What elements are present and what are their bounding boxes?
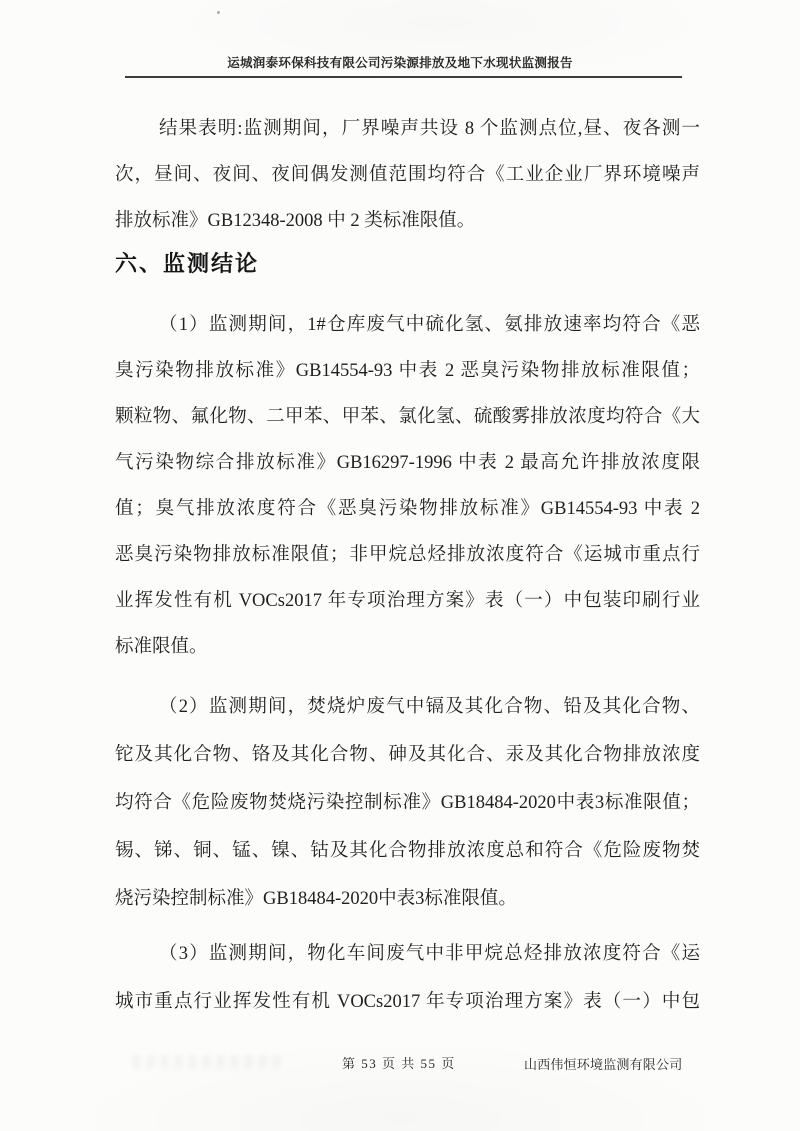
paragraph: （1）监测期间，1#仓库废气中硫化氢、氨排放速率均符合《恶臭污染物排放标准》GB… <box>115 302 700 670</box>
text-line: 标准限值。 <box>115 624 700 670</box>
document-page: 运城润泰环保科技有限公司污染源排放及地下水现状监测报告 结果表明:监测期间，厂界… <box>0 0 800 1131</box>
text-line: 铊及其化合物、铬及其化合物、砷及其化合、汞及其化合物排放浓度 <box>115 731 700 779</box>
scan-dot-artifact <box>217 11 220 14</box>
header-rule <box>125 76 682 78</box>
text-line: （3）监测期间，物化车间废气中非甲烷总烃排放浓度符合《运 <box>115 930 700 978</box>
text-line: 结果表明:监测期间，厂界噪声共设 8 个监测点位,昼、夜各测一 <box>115 106 700 152</box>
text-line: 锡、锑、铜、锰、镍、钴及其化合物排放浓度总和符合《危险废物焚 <box>115 827 700 875</box>
text-line: 次，昼间、夜间、夜间偶发测值范围均符合《工业企业厂界环境噪声 <box>115 152 700 198</box>
text-line: 值；臭气排放浓度符合《恶臭污染物排放标准》GB14554-93 中表 2 <box>115 486 700 532</box>
text-line: 恶臭污染物排放标准限值；非甲烷总烃排放浓度符合《运城市重点行 <box>115 532 700 578</box>
header-title: 运城润泰环保科技有限公司污染源排放及地下水现状监测报告 <box>0 53 800 71</box>
text-line: 烧污染控制标准》GB18484-2020中表3标准限值。 <box>115 875 700 923</box>
text-line: 臭污染物排放标准》GB14554-93 中表 2 恶臭污染物排放标准限值； <box>115 348 700 394</box>
text-line: 气污染物综合排放标准》GB16297-1996 中表 2 最高允许排放浓度限 <box>115 440 700 486</box>
text-line: 颗粒物、氟化物、二甲苯、甲苯、氯化氢、硫酸雾排放浓度均符合《大 <box>115 394 700 440</box>
paragraph: （3）监测期间，物化车间废气中非甲烷总烃排放浓度符合《运城市重点行业挥发性有机 … <box>115 930 700 1026</box>
text-line: 排放标准》GB12348-2008 中 2 类标准限值。 <box>115 198 700 244</box>
text-line: （2）监测期间，焚烧炉废气中镉及其化合物、铅及其化合物、 <box>115 683 700 731</box>
paragraph: 结果表明:监测期间，厂界噪声共设 8 个监测点位,昼、夜各测一次，昼间、夜间、夜… <box>115 106 700 244</box>
paragraph: （2）监测期间，焚烧炉废气中镉及其化合物、铅及其化合物、铊及其化合物、铬及其化合… <box>115 683 700 923</box>
text-line: 城市重点行业挥发性有机 VOCs2017 年专项治理方案》表（一）中包 <box>115 978 700 1026</box>
document-body: 结果表明:监测期间，厂界噪声共设 8 个监测点位,昼、夜各测一次，昼间、夜间、夜… <box>115 106 700 1026</box>
text-line: 业挥发性有机 VOCs2017 年专项治理方案》表（一）中包装印刷行业 <box>115 578 700 624</box>
scan-bleed-artifact <box>132 1055 282 1069</box>
footer-company-name: 山西伟恒环境监测有限公司 <box>524 1054 682 1073</box>
text-line: 均符合《危险废物焚烧污染控制标准》GB18484-2020中表3标准限值； <box>115 779 700 827</box>
text-line: （1）监测期间，1#仓库废气中硫化氢、氨排放速率均符合《恶 <box>115 302 700 348</box>
section-heading: 六、监测结论 <box>115 244 700 284</box>
footer-page-number: 第 53 页 共 55 页 <box>342 1053 456 1072</box>
